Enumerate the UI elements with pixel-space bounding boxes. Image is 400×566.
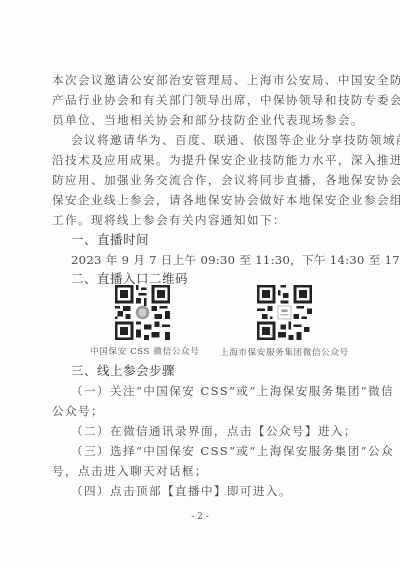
paragraph-line: 产品行业协会和有关部门领导出席，中保协领导和技防专委会委	[52, 92, 400, 108]
document-page: 本次会议邀请公安部治安管理局、上海市公安局、中国安全防范 产品行业协会和有关部门…	[0, 0, 400, 566]
paragraph-line: 会议将邀请华为、百度、联通、依图等企业分享技防领域前	[71, 132, 400, 148]
paragraph-line: 工作。现将线上参会有关内容通知如下：	[52, 212, 286, 228]
paragraph-line: 员单位、当地相关协会和部分技防企业代表现场参会。	[52, 112, 364, 128]
live-time-text: 2023 年 9 月 7 日上午 09:30 至 11:30，下午 14:30 …	[71, 252, 400, 268]
paragraph-line: 防应用、加强业务交流合作，会议将同步直播，各地保安协会及	[52, 172, 400, 188]
paragraph-line: 本次会议邀请公安部治安管理局、上海市公安局、中国安全防范	[52, 72, 400, 88]
paragraph-line: 保安企业线上参会，请各地保安协会做好本地保安企业参会组织	[52, 192, 400, 208]
step-line: （二）在微信通讯录界面，点击【公众号】进入；	[71, 423, 357, 439]
step-line: 号，点击进入聊天对话框；	[52, 463, 208, 479]
step-line: （一）关注“中国保安 CSS”或“上海保安服务集团”微信	[71, 383, 394, 399]
qr-caption-css: 中国保安 CSS 微信公众号	[90, 345, 199, 357]
qr-caption-shanghai: 上海市保安服务集团微信公众号	[220, 346, 349, 358]
logo-icon	[278, 306, 291, 319]
step-line: （四）点击顶部【直播中】即可进入。	[71, 483, 292, 499]
section-heading-live-time: 一、直播时间	[71, 232, 149, 248]
step-line: （三）选择“中国保安 CSS”或“上海保安服务集团”公众	[71, 443, 394, 459]
section-heading-steps: 三、线上参会步骤	[71, 363, 175, 379]
step-line: 公众号；	[52, 403, 104, 419]
qr-code-shanghai[interactable]	[257, 284, 312, 341]
paragraph-line: 沿技术及应用成果。为提升保安企业技防能力水平，深入推进技	[52, 152, 400, 168]
page-number: - 2 -	[0, 512, 400, 522]
qr-code-css[interactable]	[115, 284, 170, 341]
